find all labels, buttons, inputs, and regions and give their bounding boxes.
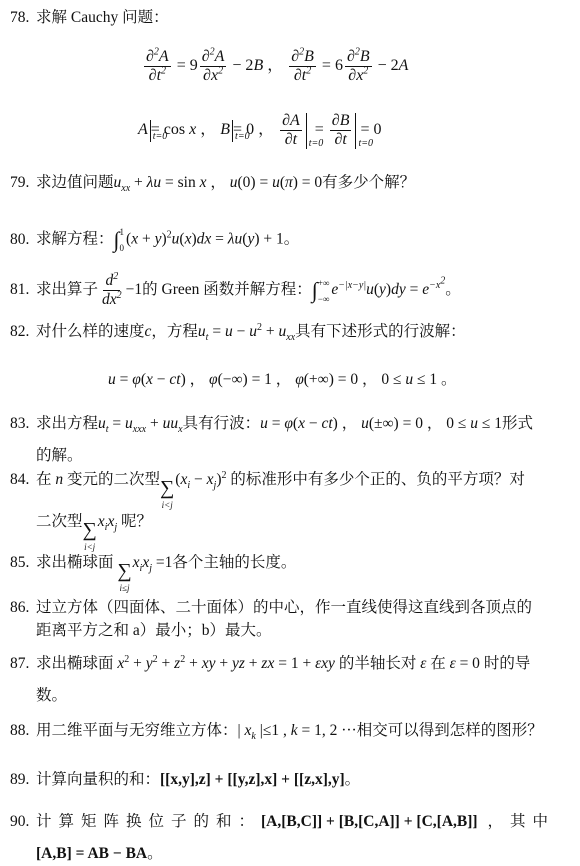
problem-number: 86. [10, 598, 36, 618]
problem-text: 用二维平面与无穷维立方体： [36, 722, 238, 739]
problem-text: 求出椭球面 [36, 554, 114, 571]
problem-suffix: 有多少个解？ [322, 174, 415, 191]
problem-text: 求解方程： [36, 231, 114, 248]
problem-suffix: 。 [147, 845, 163, 862]
problem-78-equation-1: ∂2A∂t2 = 9∂2A∂x2 − 2B ， ∂2B∂t2 = 6∂2B∂x2… [142, 48, 408, 85]
problem-suffix: 相交可以得到怎样的图形？ [357, 722, 543, 739]
problem-88: 88.用二维平面与无穷维立方体：| xk |≤1 , k = 1, 2 ···相… [10, 721, 543, 741]
problem-number: 82. [10, 322, 36, 342]
problem-81: 81.求出算子d2dx2−1的 Green 函数并解方程：∫+∞−∞e−|x−y… [10, 272, 461, 309]
problem-number: 81. [10, 280, 36, 300]
problem-number: 83. [10, 414, 36, 434]
problem-89: 89.计算向量积的和：[[x,y],z] + [[y,z],x] + [[z,x… [10, 770, 360, 790]
problem-90-line-2: [A,B] = AB − BA。 [36, 844, 163, 864]
problem-text: 求边值问题 [36, 174, 114, 191]
problem-text: 在 [430, 655, 446, 672]
problem-suffix: 时的导 [484, 655, 531, 672]
problem-text: 变元的二次型 [67, 471, 160, 488]
problem-86: 86.过立方体（四面体、二十面体）的中心，作一直线使得这直线到各顶点的 [10, 598, 532, 618]
problem-number: 80. [10, 230, 36, 250]
problem-87-line-2: 数。 [36, 686, 67, 706]
variable: n [55, 471, 63, 488]
problem-text: 求解 Cauchy 问题： [36, 9, 169, 26]
problem-suffix: 。 [345, 771, 361, 788]
problem-86-line-2: 距离平方之和 a）最小；b）最大。 [36, 621, 272, 641]
problem-text: 求出椭球面 [36, 655, 114, 672]
problem-text: 求出方程 [36, 415, 98, 432]
problem-text: 具有行波： [183, 415, 261, 432]
problem-87: 87.求出椭球面 x2 + y2 + z2 + xy + yz + zx = 1… [10, 654, 530, 674]
problem-90: 90.计算矩阵换位子的和：[A,[B,C]] + [B,[C,A]] + [C,… [10, 812, 555, 832]
problem-number: 88. [10, 721, 36, 741]
problem-number: 78. [10, 8, 36, 28]
math-expression: [[x,y],z] + [[y,z],x] + [[z,x],y] [160, 771, 345, 788]
problem-text: 计算向量积的和： [36, 771, 160, 788]
problem-suffix: 呢？ [121, 513, 152, 530]
problem-suffix: 。 [284, 231, 300, 248]
problem-78: 78.求解 Cauchy 问题： [10, 8, 169, 28]
problem-number: 84. [10, 470, 36, 490]
problem-suffix: 具有下述形式的行波解： [295, 323, 466, 340]
problem-text: 计算矩阵换位子的和： [36, 813, 261, 830]
problem-text: 在 [36, 471, 52, 488]
problem-78-equation-2: At=0= cos x ， Bt=0= 0 ， ∂A∂tt=0 = ∂B∂tt=… [138, 112, 382, 149]
problem-suffix: 的标准形中有多少个正的、负的平方项？对 [230, 471, 525, 488]
problem-text: 的半轴长对 [339, 655, 417, 672]
problem-84: 84.在 n 变元的二次型∑i<j(xi − xj)2 的标准形中有多少个正的、… [10, 470, 525, 512]
problem-number: 87. [10, 654, 36, 674]
problem-80: 80.求解方程：∫10(x + y)2u(x)dx = λu(y) + 1。 [10, 224, 299, 256]
problem-text: ，方程 [151, 323, 198, 340]
problem-text: 过立方体（四面体、二十面体）的中心，作一直线使得这直线到各顶点的 [36, 599, 532, 616]
problem-85: 85.求出椭球面 ∑i≤jxixj =1各个主轴的长度。 [10, 553, 296, 595]
problem-suffix: 。 [445, 281, 461, 298]
problem-83-line-2: 的解。 [36, 446, 83, 466]
problem-text: 二次型 [36, 513, 83, 530]
problem-number: 89. [10, 770, 36, 790]
problem-number: 85. [10, 553, 36, 573]
problem-suffix: 各个主轴的长度。 [172, 554, 296, 571]
problem-79: 79.求边值问题uxx + λu = sin x ， u(0) = u(π) =… [10, 173, 415, 193]
problem-text: 对什么样的速度 [36, 323, 145, 340]
problem-number: 90. [10, 812, 36, 832]
problem-suffix: 形式 [502, 415, 533, 432]
problem-82: 82.对什么样的速度c，方程ut = u − u2 + uxx具有下述形式的行波… [10, 322, 466, 342]
problem-84-line-2: 二次型∑i<jxixj 呢？ [36, 512, 152, 554]
math-expression: [A,[B,C]] + [B,[C,A]] + [C,[A,B]] [261, 813, 478, 830]
problem-text: 求出算子 [36, 281, 98, 298]
problem-text: 的 Green 函数并解方程： [142, 281, 312, 298]
problem-83: 83.求出方程ut = uxxx + uux具有行波：u = φ(x − ct)… [10, 414, 533, 434]
problem-text: ，其中 [488, 813, 556, 830]
variable: ε [420, 655, 426, 672]
math-expression: [A,B] = AB − BA [36, 845, 147, 862]
problem-82-equation: u = φ(x − ct) ， φ(−∞) = 1 ， φ(+∞) = 0 ， … [108, 370, 457, 390]
problem-number: 79. [10, 173, 36, 193]
